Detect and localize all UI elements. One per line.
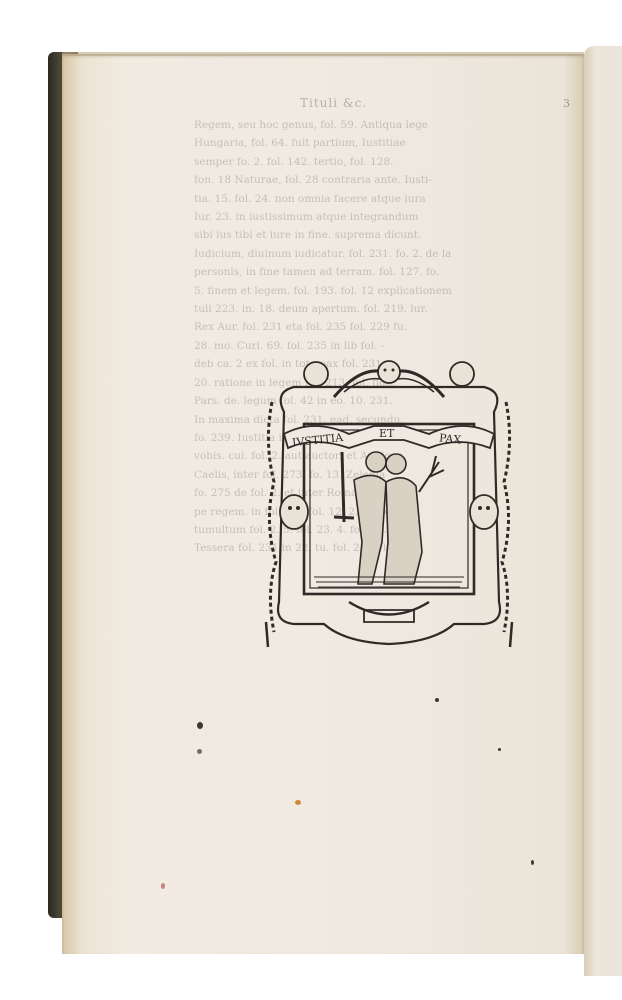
foxing-spot <box>197 722 203 729</box>
bleed-through-line: fon. 18 Naturae, fol. 28 contraria ante.… <box>194 171 564 189</box>
bleed-through-line: Regem, seu hoc genus, fol. 59. Antiqua l… <box>194 116 564 134</box>
bleed-through-line: Rex Aur. fol. 231 eta fol. 235 fol. 229 … <box>194 318 564 336</box>
bleed-through-line: personis, in fine tamen ad terram. fol. … <box>194 263 564 281</box>
bleed-through-line: sibi ius tibi et iure in fine. suprema d… <box>194 226 564 244</box>
bleed-through-line: tuli 223. in. 18. deum apertum. fol. 219… <box>194 300 564 318</box>
bleed-through-line: Iur. 23. in iustissimum atque integrandu… <box>194 208 564 226</box>
foxing-spot <box>197 749 202 754</box>
bleed-through-line: Iudicium, diuinum iudicatur. fol. 231. f… <box>194 245 564 263</box>
bleed-through-line: semper fo. 2. fol. 142. tertio, fol. 128… <box>194 153 564 171</box>
bleed-through-line: 5. finem et legem. fol. 193. fol. 12 exp… <box>194 282 564 300</box>
woodcut-printers-device: IVSTITIA ET PAX <box>254 352 524 652</box>
motto-et: ET <box>379 427 395 440</box>
bleed-through-line: tia. 15. fol. 24. non omnia facere atque… <box>194 190 564 208</box>
running-head: Tituli &c. <box>300 96 367 110</box>
foxing-spot <box>498 748 501 751</box>
bleed-through-line: Hungaria, fol. 64. fuit partium, Iustiti… <box>194 134 564 152</box>
foxing-spot <box>531 860 534 865</box>
rust-spot <box>295 800 301 805</box>
rust-spot <box>161 883 165 889</box>
next-page-edge <box>584 46 622 976</box>
motto-pax: PAX <box>438 431 462 446</box>
page-top-edge <box>62 52 584 56</box>
folio-number: 3 <box>563 97 570 110</box>
foxing-spot <box>435 698 439 702</box>
